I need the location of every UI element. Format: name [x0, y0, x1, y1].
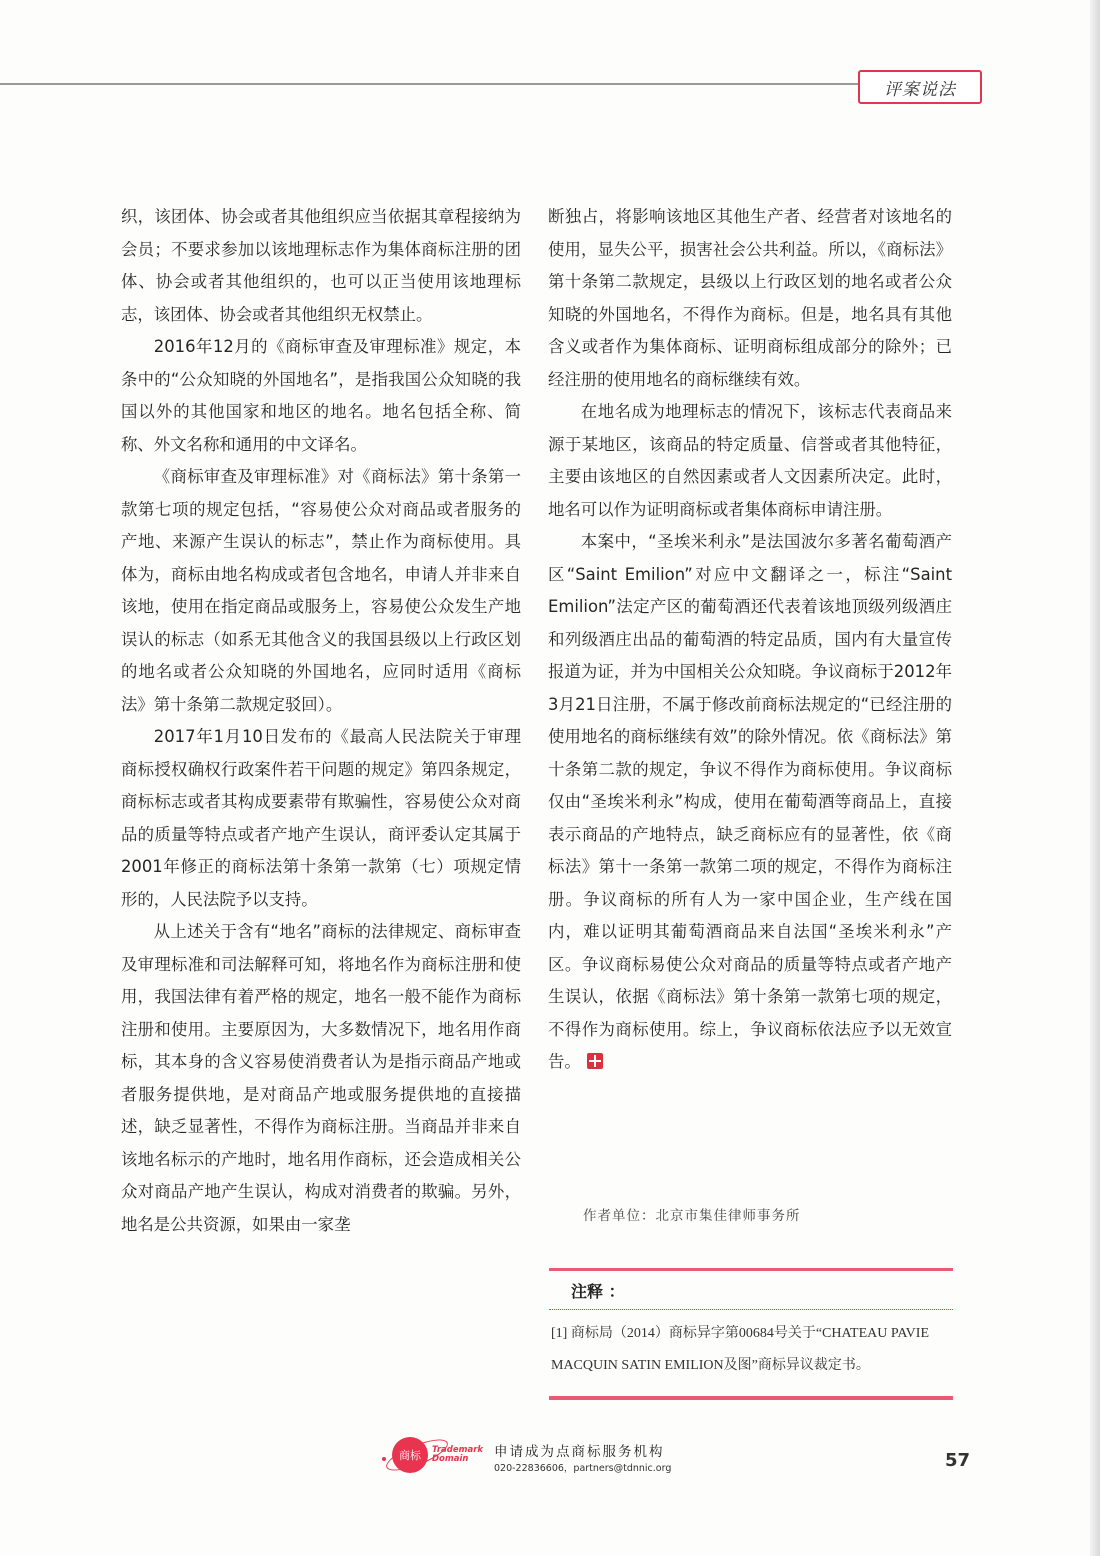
header-rule — [0, 83, 862, 85]
footer-contact: 020-22836606，partners@tdnnic.org — [494, 1460, 671, 1474]
logo-word-2: Domain — [432, 1455, 483, 1464]
paragraph-final: 本案中，“圣埃米利永”是法国波尔多著名葡萄酒产区“Saint Emilion”对… — [548, 526, 952, 1079]
logo-wordmark: Trademark Domain — [432, 1446, 483, 1464]
page-edge-shadow — [1090, 0, 1100, 1556]
paragraph-text: 本案中，“圣埃米利永”是法国波尔多著名葡萄酒产区“Saint Emilion”对… — [548, 532, 952, 1071]
footer-title: 申请成为点商标服务机构 — [494, 1440, 665, 1460]
paragraph: 2016年12月的《商标审查及审理标准》规定，本条中的“公众知晓的外国地名”，是… — [121, 331, 521, 461]
paragraph: 《商标审查及审理标准》对《商标法》第十条第一款第七项的规定包括，“容易使公众对商… — [121, 461, 521, 721]
note-item: [1] 商标局（2014）商标异字第00684号关于“CHATEAU PAVIE… — [549, 1310, 953, 1382]
end-seal-icon — [587, 1053, 603, 1069]
paragraph: 从上述关于含有“地名”商标的法律规定、商标审查及审理标准和司法解释可知，将地名作… — [121, 916, 521, 1241]
right-column: 断独占，将影响该地区其他生产者、经营者对该地名的使用，显失公平，损害社会公共利益… — [548, 201, 952, 1079]
paragraph: 断独占，将影响该地区其他生产者、经营者对该地名的使用，显失公平，损害社会公共利益… — [548, 201, 952, 396]
trademark-domain-logo: 商标 Trademark Domain — [382, 1435, 492, 1475]
logo-dot-icon — [382, 1457, 386, 1461]
left-column: 织，该团体、协会或者其他组织应当依据其章程接纳为会员；不要求参加以该地理标志作为… — [121, 201, 521, 1241]
notes-bottom-rule — [549, 1396, 953, 1400]
paragraph: 2017年1月10日发布的《最高人民法院关于审理商标授权确权行政案件若干问题的规… — [121, 721, 521, 916]
logo-badge: 商标 — [392, 1437, 428, 1473]
paragraph: 织，该团体、协会或者其他组织应当依据其章程接纳为会员；不要求参加以该地理标志作为… — [121, 201, 521, 331]
paragraph: 在地名成为地理标志的情况下，该标志代表商品来源于某地区，该商品的特定质量、信誉或… — [548, 396, 952, 526]
page-number: 57 — [945, 1450, 970, 1471]
section-tag: 评案说法 — [858, 70, 982, 104]
author-affiliation: 作者单位：北京市集佳律师事务所 — [583, 1204, 801, 1224]
notes-title: 注释 ： — [549, 1271, 953, 1305]
notes-box: 注释 ： [1] 商标局（2014）商标异字第00684号关于“CHATEAU … — [549, 1268, 953, 1400]
